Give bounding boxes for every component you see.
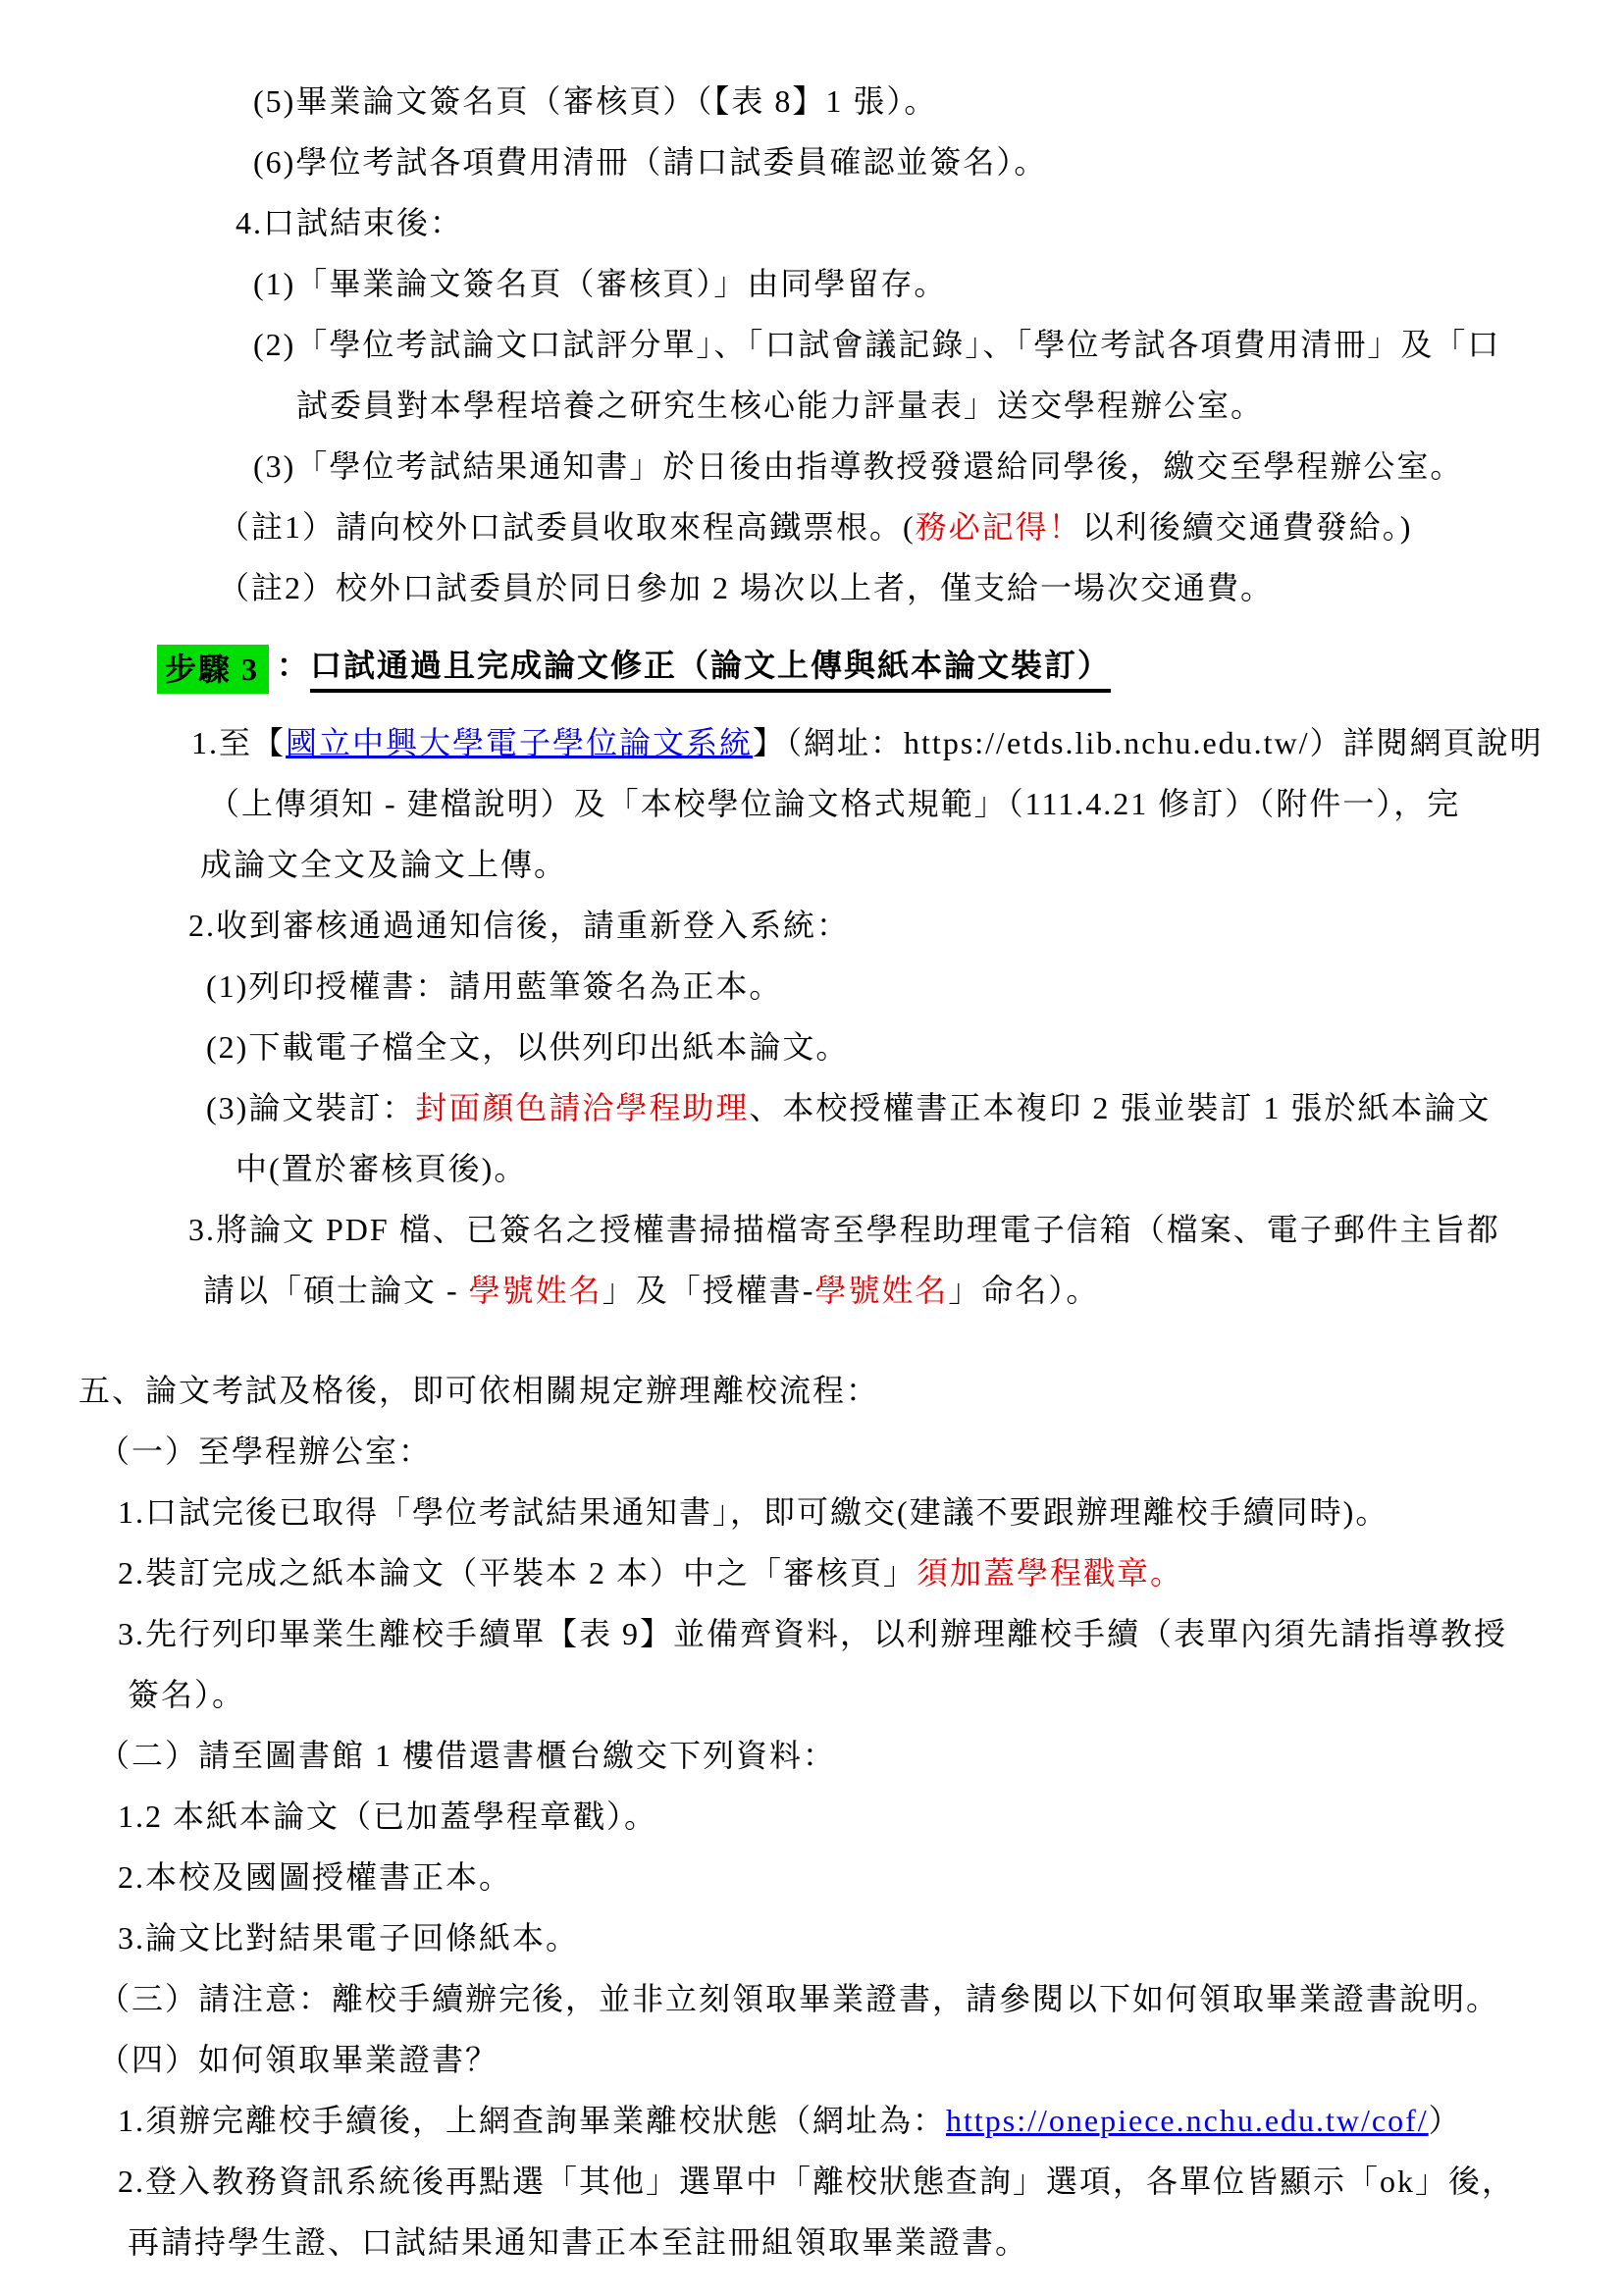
list-item-5: (5)畢業論文簽名頁（審核頁）（【表 8】1 張）。: [0, 71, 1624, 131]
subsection-1-item-1: 1.口試完後已取得「學位考試結果通知書」，即可繳交(建議不要跟辦理離校手續同時)…: [0, 1482, 1624, 1542]
text-segment: (1)「畢業論文簽名頁（審核頁）」由同學留存。: [253, 266, 947, 301]
list-item-4: 4.口試結束後：: [0, 192, 1624, 253]
text-segment: (2)下載電子檔全文，以供列印出紙本論文。: [206, 1029, 849, 1065]
text-segment: 」命名）。: [948, 1273, 1099, 1308]
step3-heading: 步驟 3：口試通過且完成論文修正（論文上傳與紙本論文裝訂）: [0, 624, 1624, 706]
text-segment: （三）請注意：離校手續辦完後，並非立刻領取畢業證書，請參閱以下如何領取畢業證書說…: [98, 1981, 1499, 2016]
step3-item-3: 3.將論文 PDF 檔、已簽名之授權書掃描檔寄至學程助理電子信箱（檔案、電子郵件…: [0, 1199, 1624, 1260]
text-segment: ：: [277, 648, 310, 683]
etds-link[interactable]: 國立中興大學電子學位論文系統: [286, 725, 753, 760]
text-segment: (6)學位考試各項費用清冊（請口試委員確認並簽名）。: [253, 144, 1047, 180]
step3-item-2-2: (2)下載電子檔全文，以供列印出紙本論文。: [0, 1017, 1624, 1077]
subsection-2-item-1: 1.2 本紙本論文（已加蓋學程章戳）。: [0, 1786, 1624, 1847]
text-segment: 成論文全文及論文上傳。: [200, 847, 567, 882]
list-item-4-3: (3)「學位考試結果通知書」於日後由指導教授發還給同學後，繳交至學程辦公室。: [0, 436, 1624, 496]
text-segment: 1.須辦完離校手續後，上網查詢畢業離校狀態（網址為：: [118, 2103, 946, 2138]
subsection-1-item-2: 2.裝訂完成之紙本論文（平裝本 2 本）中之「審核頁」須加蓋學程戳章。: [0, 1542, 1624, 1603]
list-item-4-2-continuation: 試委員對本學程培養之研究生核心能力評量表」送交學程辦公室。: [0, 375, 1624, 436]
text-segment: （二）請至圖書館 1 樓借還書櫃台繳交下列資料：: [98, 1738, 836, 1773]
text-segment: 2.收到審核通過通知信後，請重新登入系統：: [188, 908, 850, 943]
step3-highlight-label: 步驟 3: [157, 645, 269, 694]
text-segment: 1.口試完後已取得「學位考試結果通知書」，即可繳交(建議不要跟辦理離校手續同時)…: [118, 1494, 1388, 1530]
step3-item-3-continuation: 請以「碩士論文 - 學號姓名」及「授權書-學號姓名」命名）。: [0, 1260, 1624, 1321]
subsection-3: （三）請注意：離校手續辦完後，並非立刻領取畢業證書，請參閱以下如何領取畢業證書說…: [0, 1968, 1624, 2029]
step3-item-2: 2.收到審核通過通知信後，請重新登入系統：: [0, 895, 1624, 956]
list-item-4-1: (1)「畢業論文簽名頁（審核頁）」由同學留存。: [0, 253, 1624, 314]
note-1: （註1）請向校外口試委員收取來程高鐵票根。(務必記得！以利後續交通費發給。): [0, 496, 1624, 557]
text-segment: 】（網址：https://etds.lib.nchu.edu.tw/）詳閱網頁說…: [753, 725, 1544, 760]
subsection-2: （二）請至圖書館 1 樓借還書櫃台繳交下列資料：: [0, 1725, 1624, 1786]
text-segment: 學號姓名: [469, 1273, 602, 1308]
text-segment: 、本校授權書正本複印 2 張並裝訂 1 張於紙本論文: [749, 1090, 1491, 1125]
text-segment: ）: [1429, 2103, 1462, 2138]
text-segment: 1.2 本紙本論文（已加蓋學程章戳）。: [118, 1799, 657, 1834]
list-item-6: (6)學位考試各項費用清冊（請口試委員確認並簽名）。: [0, 131, 1624, 192]
text-segment: 務必記得！: [916, 509, 1082, 545]
text-segment: 封面顏色請洽學程助理: [415, 1090, 749, 1125]
step3-item-1: 1.至【國立中興大學電子學位論文系統】（網址：https://etds.lib.…: [0, 712, 1624, 773]
text-segment: （註2）校外口試委員於同日參加 2 場次以上者，僅支給一場次交通費。: [218, 570, 1274, 605]
text-segment: （上傳須知 - 建檔說明）及「本校學位論文格式規範」（111.4.21 修訂）（…: [208, 786, 1460, 821]
text-segment: 再請持學生證、口試結果通知書正本至註冊組領取畢業證書。: [128, 2224, 1028, 2260]
subsection-2-item-3: 3.論文比對結果電子回條紙本。: [0, 1907, 1624, 1968]
text-segment: 3.先行列印畢業生離校手續單【表 9】並備齊資料，以利辦理離校手續（表單內須先請…: [118, 1616, 1507, 1651]
text-segment: 試委員對本學程培養之研究生核心能力評量表」送交學程辦公室。: [296, 388, 1264, 423]
text-segment: 中(置於審核頁後)。: [236, 1151, 527, 1186]
text-segment: 2.本校及國圖授權書正本。: [118, 1859, 512, 1895]
step3-item-1-continuation: （上傳須知 - 建檔說明）及「本校學位論文格式規範」（111.4.21 修訂）（…: [0, 773, 1624, 834]
text-segment: 簽名）。: [128, 1677, 245, 1712]
onepiece-link[interactable]: https://onepiece.nchu.edu.tw/cof/: [946, 2103, 1429, 2138]
text-segment: （註1）請向校外口試委員收取來程高鐵票根。(: [218, 509, 916, 545]
text-segment: 」及「授權書-: [602, 1273, 815, 1308]
subsection-1-item-3: 3.先行列印畢業生離校手續單【表 9】並備齊資料，以利辦理離校手續（表單內須先請…: [0, 1603, 1624, 1664]
document-page: (5)畢業論文簽名頁（審核頁）（【表 8】1 張）。(6)學位考試各項費用清冊（…: [0, 0, 1624, 2295]
subsection-4-item-1: 1.須辦完離校手續後，上網查詢畢業離校狀態（網址為：https://onepie…: [0, 2090, 1624, 2151]
text-segment: (1)列印授權書：請用藍筆簽名為正本。: [206, 968, 782, 1004]
step3-item-2-3-continuation: 中(置於審核頁後)。: [0, 1138, 1624, 1199]
text-segment: 請以「碩士論文 -: [203, 1273, 469, 1308]
text-segment: 須加蓋學程戳章。: [917, 1555, 1183, 1591]
text-segment: 3.將論文 PDF 檔、已簽名之授權書掃描檔寄至學程助理電子信箱（檔案、電子郵件…: [188, 1212, 1500, 1247]
text-segment: 以利後續交通費發給。): [1082, 509, 1413, 545]
document-content: (5)畢業論文簽名頁（審核頁）（【表 8】1 張）。(6)學位考試各項費用清冊（…: [0, 71, 1624, 2272]
step3-item-2-1: (1)列印授權書：請用藍筆簽名為正本。: [0, 956, 1624, 1017]
text-segment: 2.裝訂完成之紙本論文（平裝本 2 本）中之「審核頁」: [118, 1555, 917, 1591]
text-segment: 學號姓名: [814, 1273, 948, 1308]
text-segment: 五、論文考試及格後，即可依相關規定辦理離校流程：: [79, 1373, 879, 1408]
text-segment: （四）如何領取畢業證書？: [98, 2042, 498, 2077]
note-2: （註2）校外口試委員於同日參加 2 場次以上者，僅支給一場次交通費。: [0, 557, 1624, 618]
subsection-1: （一）至學程辦公室：: [0, 1421, 1624, 1482]
subsection-1-item-3-continuation: 簽名）。: [0, 1664, 1624, 1725]
step3-item-2-3: (3)論文裝訂：封面顏色請洽學程助理、本校授權書正本複印 2 張並裝訂 1 張於…: [0, 1077, 1624, 1138]
step3-item-1-continuation2: 成論文全文及論文上傳。: [0, 834, 1624, 895]
section-heading-5: 五、論文考試及格後，即可依相關規定辦理離校流程：: [0, 1360, 1624, 1421]
text-segment: 2.登入教務資訊系統後再點選「其他」選單中「離校狀態查詢」選項，各單位皆顯示「o…: [118, 2164, 1515, 2199]
subsection-4: （四）如何領取畢業證書？: [0, 2029, 1624, 2090]
step3-title: 口試通過且完成論文修正（論文上傳與紙本論文裝訂）: [310, 648, 1111, 693]
subsection-4-item-2: 2.登入教務資訊系統後再點選「其他」選單中「離校狀態查詢」選項，各單位皆顯示「o…: [0, 2151, 1624, 2212]
text-segment: （一）至學程辦公室：: [98, 1434, 432, 1469]
text-segment: (3)「學位考試結果通知書」於日後由指導教授發還給同學後，繳交至學程辦公室。: [253, 448, 1463, 484]
text-segment: 4.口試結束後：: [236, 205, 463, 240]
list-item-4-2: (2)「學位考試論文口試評分單」、「口試會議記錄」、「學位考試各項費用清冊」及「…: [0, 314, 1624, 375]
text-segment: 1.至【: [191, 725, 286, 760]
text-segment: 3.論文比對結果電子回條紙本。: [118, 1920, 579, 1956]
text-segment: (2)「學位考試論文口試評分單」、「口試會議記錄」、「學位考試各項費用清冊」及「…: [253, 327, 1500, 362]
subsection-2-item-2: 2.本校及國圖授權書正本。: [0, 1847, 1624, 1907]
subsection-4-item-2-continuation: 再請持學生證、口試結果通知書正本至註冊組領取畢業證書。: [0, 2212, 1624, 2272]
text-segment: (5)畢業論文簽名頁（審核頁）（【表 8】1 張）。: [253, 83, 937, 119]
text-segment: (3)論文裝訂：: [206, 1090, 415, 1125]
